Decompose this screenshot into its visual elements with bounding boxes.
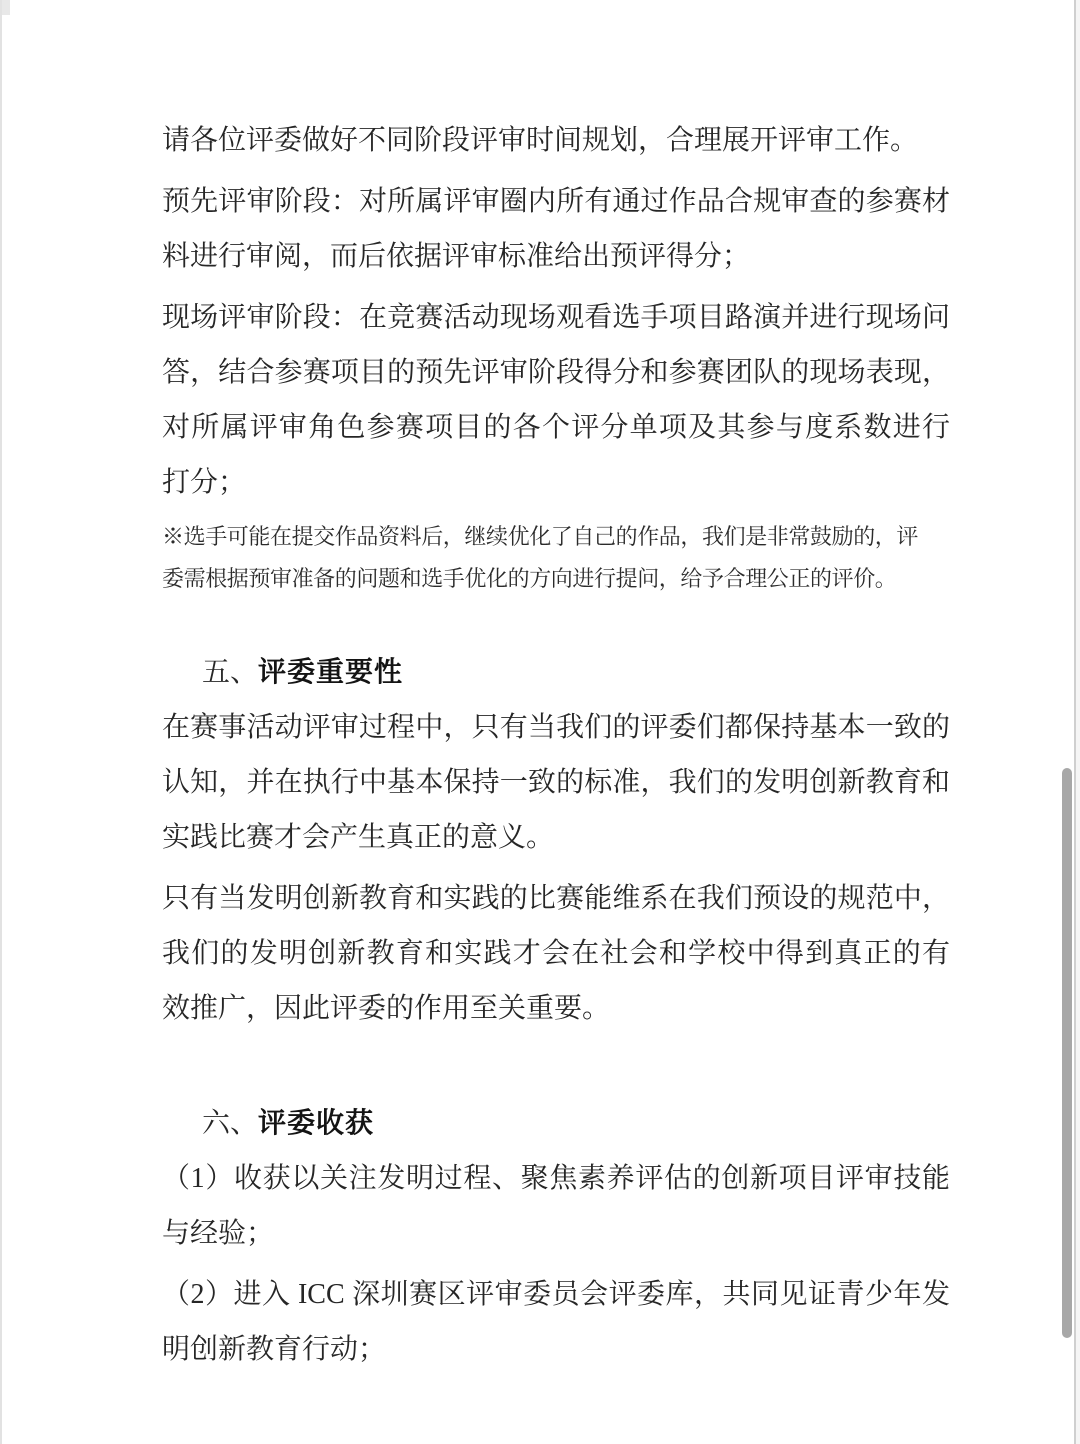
document-content: 请各位评委做好不同阶段评审时间规划，合理展开评审工作。 预先评审阶段：对所属评审… (162, 113, 950, 1377)
section-heading-6: 六、评委收获 (162, 1096, 950, 1151)
page-left-border (0, 0, 2, 1444)
paragraph-onsite-review-stage: 现场评审阶段：在竞赛活动现场观看选手项目路演并进行现场问 答，结合参赛项目的预先… (162, 290, 950, 510)
section-number: 六、 (202, 1108, 258, 1139)
text-line: ※选手可能在提交作品资料后，继续优化了自己的作品，我们是非常鼓励的，评 (162, 516, 950, 558)
text-line: 对所属评审角色参赛项目的各个评分单项及其参与度系数进行 (162, 400, 950, 455)
document-page: 请各位评委做好不同阶段评审时间规划，合理展开评审工作。 预先评审阶段：对所属评审… (0, 0, 1080, 1444)
text-line: 实践比赛才会产生真正的意义。 (162, 810, 950, 865)
section-title: 评委重要性 (258, 657, 403, 688)
text-line: 效推广，因此评委的作用至关重要。 (162, 981, 950, 1036)
text-line: （2）进入 ICC 深圳赛区评审委员会评委库，共同见证青少年发 (162, 1267, 950, 1322)
text-line: 答，结合参赛项目的预先评审阶段得分和参赛团队的现场表现， (162, 345, 950, 400)
footnote-remark: ※选手可能在提交作品资料后，继续优化了自己的作品，我们是非常鼓励的，评 委需根据… (162, 516, 950, 600)
paragraph-intro: 请各位评委做好不同阶段评审时间规划，合理展开评审工作。 (162, 113, 950, 168)
text-line: 与经验； (162, 1206, 950, 1261)
paragraph-gain-1: （1）收获以关注发明过程、聚焦素养评估的创新项目评审技能 与经验； (162, 1151, 950, 1261)
text-line: 只有当发明创新教育和实践的比赛能维系在我们预设的规范中， (162, 871, 950, 926)
paragraph-judge-importance-2: 只有当发明创新教育和实践的比赛能维系在我们预设的规范中， 我们的发明创新教育和实… (162, 871, 950, 1036)
text-line: 打分； (162, 455, 950, 510)
scrollbar-track[interactable] (1058, 0, 1074, 1444)
paragraph-judge-importance-1: 在赛事活动评审过程中，只有当我们的评委们都保持基本一致的 认知，并在执行中基本保… (162, 700, 950, 865)
paragraph-gain-2: （2）进入 ICC 深圳赛区评审委员会评委库，共同见证青少年发 明创新教育行动； (162, 1267, 950, 1377)
text-line: （1）收获以关注发明过程、聚焦素养评估的创新项目评审技能 (162, 1151, 950, 1206)
text-line: 明创新教育行动； (162, 1322, 950, 1377)
section-heading-5: 五、评委重要性 (162, 645, 950, 700)
scrollbar-thumb[interactable] (1062, 768, 1072, 1338)
text-line: 料进行审阅，而后依据评审标准给出预评得分； (162, 229, 950, 284)
text-line: 我们的发明创新教育和实践才会在社会和学校中得到真正的有 (162, 926, 950, 981)
text-line: 认知，并在执行中基本保持一致的标准，我们的发明创新教育和 (162, 755, 950, 810)
section-number: 五、 (202, 657, 258, 688)
text-line: 委需根据预审准备的问题和选手优化的方向进行提问，给予合理公正的评价。 (162, 558, 950, 600)
paragraph-pre-review-stage: 预先评审阶段：对所属评审圈内所有通过作品合规审查的参赛材 料进行审阅，而后依据评… (162, 174, 950, 284)
text-line: 现场评审阶段：在竞赛活动现场观看选手项目路演并进行现场问 (162, 290, 950, 345)
page-right-gutter (1076, 0, 1080, 1444)
text-line: 在赛事活动评审过程中，只有当我们的评委们都保持基本一致的 (162, 700, 950, 755)
text-line: 请各位评委做好不同阶段评审时间规划，合理展开评审工作。 (162, 113, 950, 168)
section-title: 评委收获 (258, 1108, 374, 1139)
text-line: 预先评审阶段：对所属评审圈内所有通过作品合规审查的参赛材 (162, 174, 950, 229)
